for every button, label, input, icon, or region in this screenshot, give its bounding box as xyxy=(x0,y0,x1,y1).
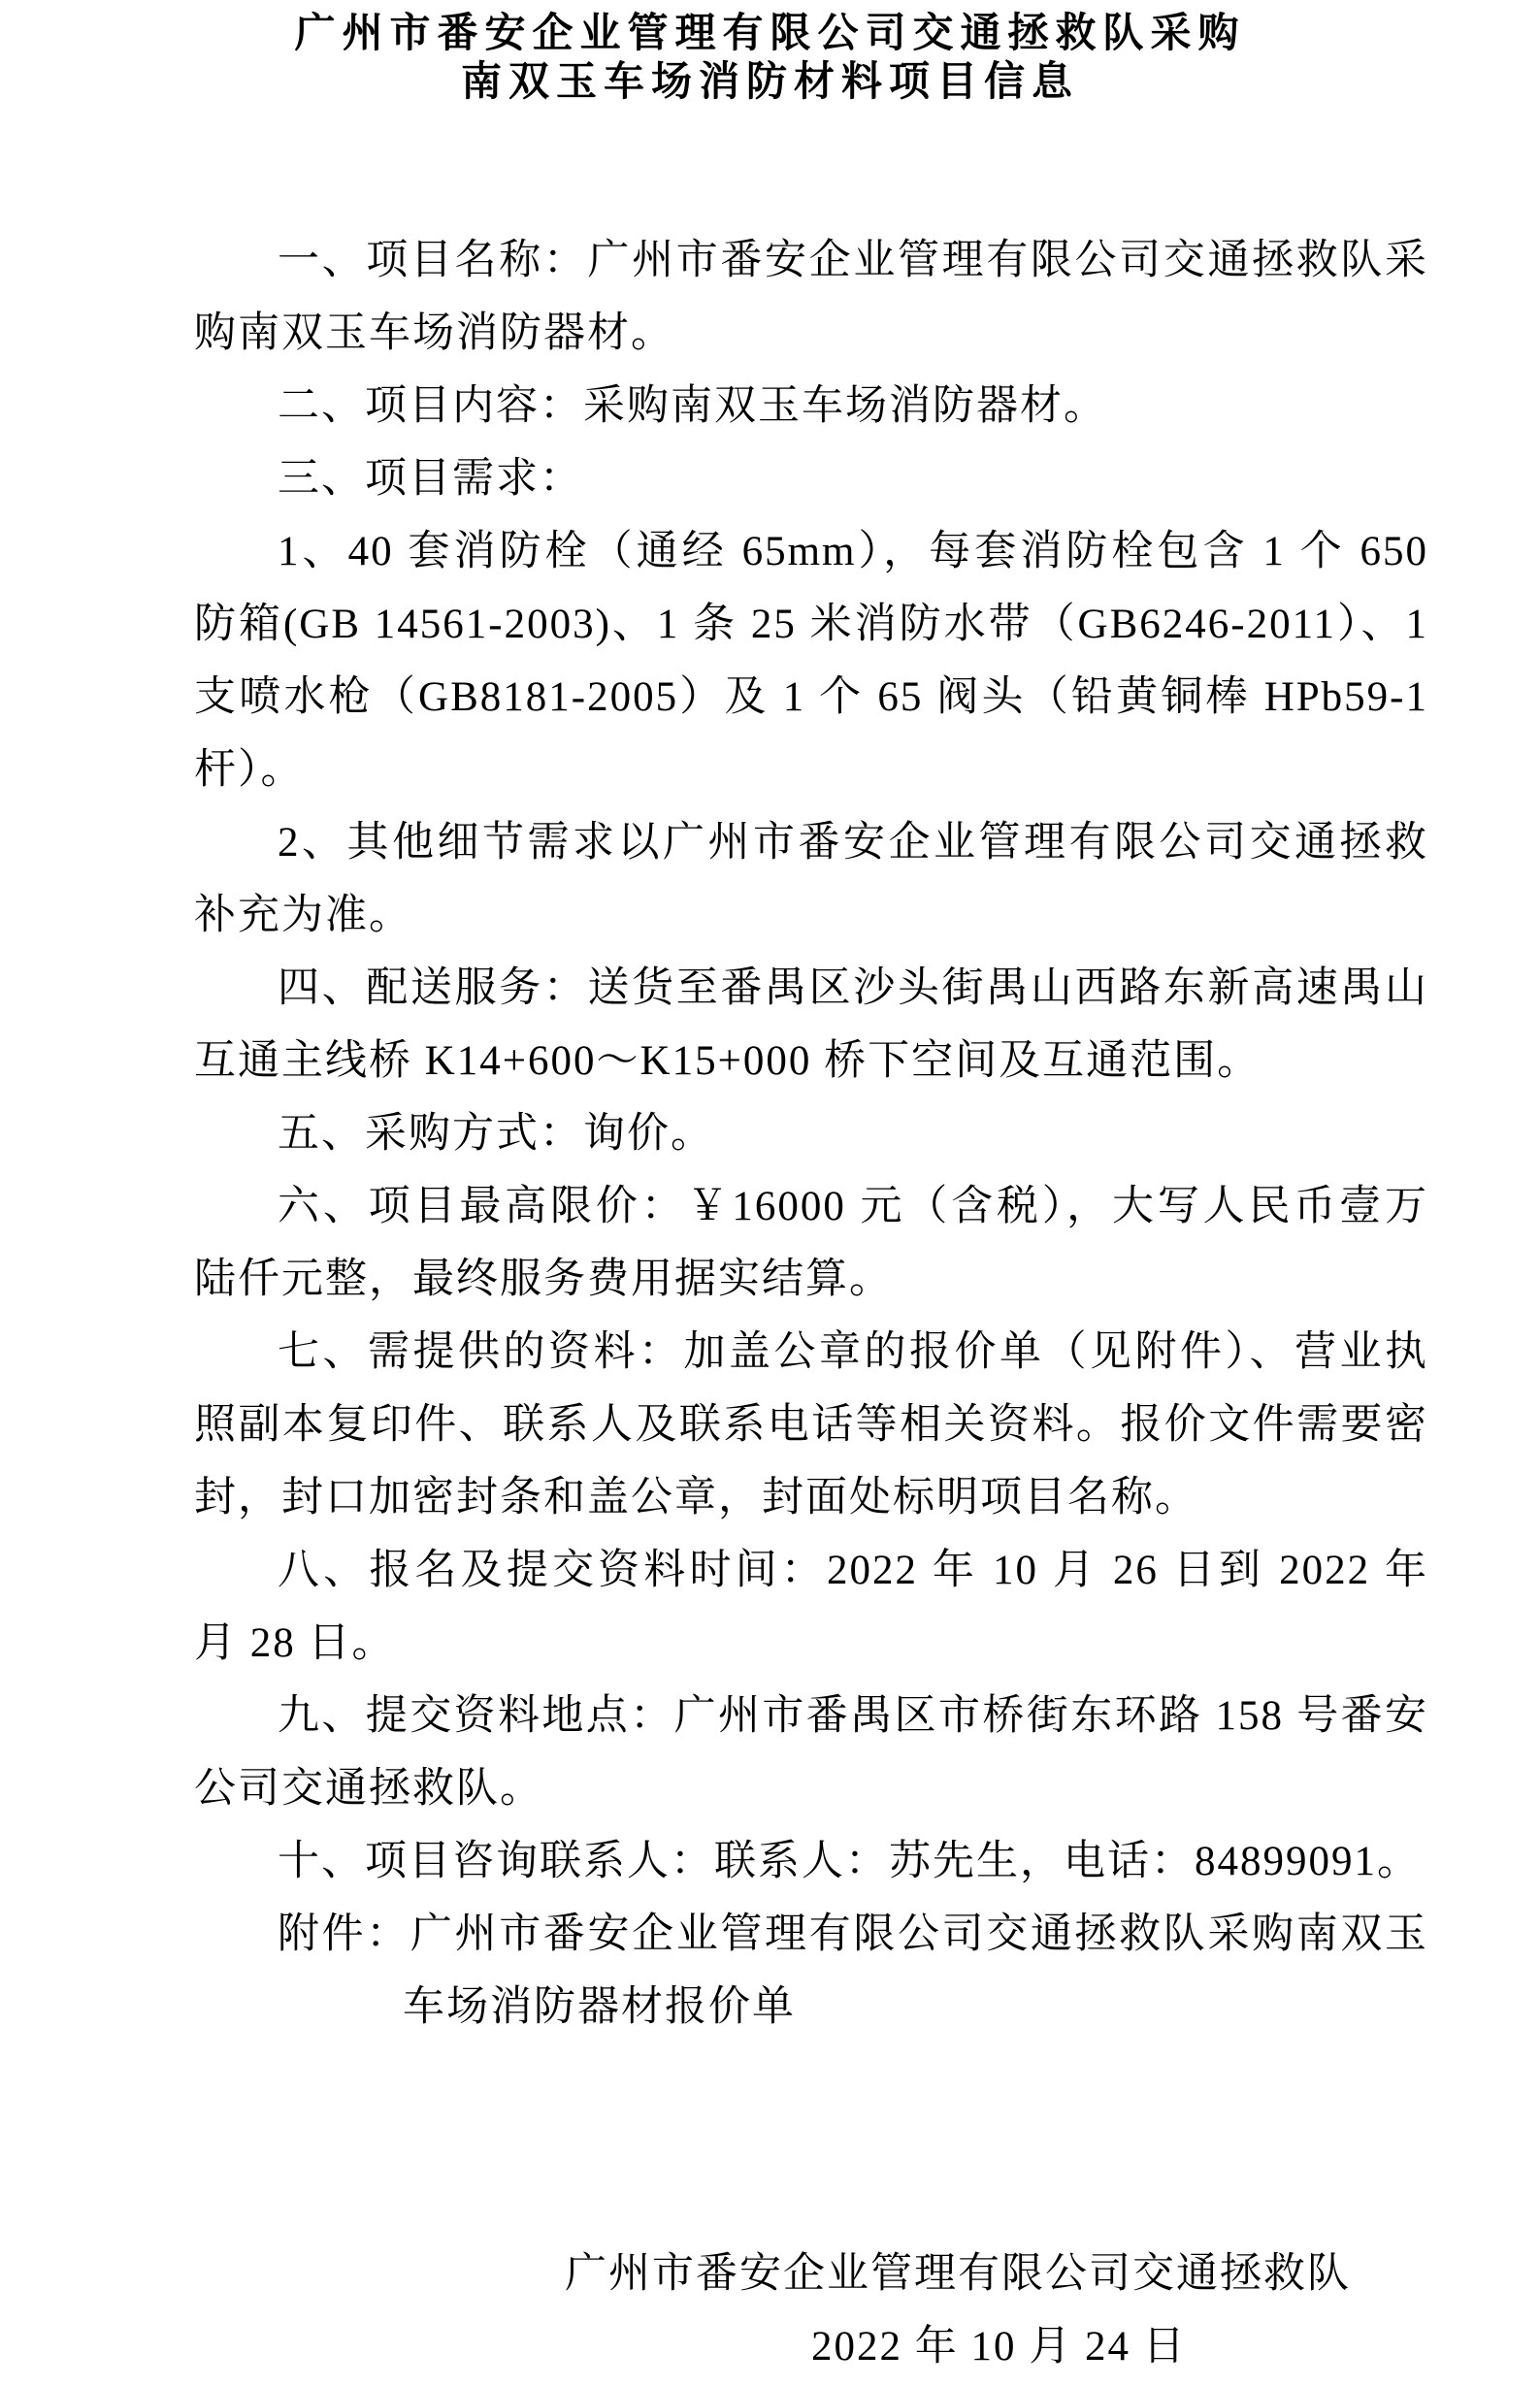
signature-date: 2022 年 10 月 24 日 xyxy=(194,2310,1540,2383)
body-line-5: 1、40 套消防栓（通经 65mm），每套消防栓包含 1 个 650 消 xyxy=(194,515,1428,588)
body-line-6: 防箱(GB 14561-2003)、1 条 25 米消防水带（GB6246-20… xyxy=(194,588,1428,661)
title-line-2: 南双玉车场消防材料项目信息 xyxy=(0,58,1540,107)
body-line-19: 八、报名及提交资料时间：2022 年 10 月 26 日到 2022 年 10 xyxy=(194,1534,1428,1607)
body-line-7: 支喷水枪（GB8181-2005）及 1 个 65 阀头（铅黄铜棒 HPb59-… xyxy=(194,661,1428,734)
body-line-14: 六、项目最高限价：￥16000 元（含税），大写人民币壹万 xyxy=(194,1170,1428,1243)
body-line-10: 补充为准。 xyxy=(194,879,1428,952)
document-page: 广州市番安企业管理有限公司交通拯救队采购 南双玉车场消防材料项目信息 一、项目名… xyxy=(0,0,1540,2386)
title-line-1: 广州市番安企业管理有限公司交通拯救队采购 xyxy=(0,10,1540,58)
body-line-3: 二、项目内容：采购南双玉车场消防器材。 xyxy=(194,370,1428,442)
body-line-13: 五、采购方式：询价。 xyxy=(194,1097,1428,1170)
body-line-12: 互通主线桥 K14+600～K15+000 桥下空间及互通范围。 xyxy=(194,1025,1428,1097)
document-title: 广州市番安企业管理有限公司交通拯救队采购 南双玉车场消防材料项目信息 xyxy=(0,0,1540,107)
body-line-17: 照副本复印件、联系人及联系电话等相关资料。报价文件需要密 xyxy=(194,1389,1428,1461)
body-line-20: 月 28 日。 xyxy=(194,1607,1428,1680)
document-body: 一、项目名称：广州市番安企业管理有限公司交通拯救队采购南双玉车场消防器材。二、项… xyxy=(194,224,1428,2043)
body-line-15: 陆仟元整，最终服务费用据实结算。 xyxy=(194,1243,1428,1316)
signature-block: 广州市番安企业管理有限公司交通拯救队 2022 年 10 月 24 日 xyxy=(194,2238,1540,2383)
body-line-16: 七、需提供的资料：加盖公章的报价单（见附件）、营业执 xyxy=(194,1316,1428,1389)
body-line-24: 附件：广州市番安企业管理有限公司交通拯救队采购南双玉 xyxy=(194,1898,1428,1971)
signature-org: 广州市番安企业管理有限公司交通拯救队 xyxy=(194,2238,1540,2310)
body-line-2: 购南双玉车场消防器材。 xyxy=(194,297,1428,370)
body-line-8: 杆）。 xyxy=(194,734,1428,806)
body-line-9: 2、其他细节需求以广州市番安企业管理有限公司交通拯救队 xyxy=(194,806,1428,879)
body-line-11: 四、配送服务：送货至番禺区沙头街禺山西路东新高速禺山 xyxy=(194,952,1428,1025)
body-line-4: 三、项目需求： xyxy=(194,442,1428,515)
body-line-21: 九、提交资料地点：广州市番禺区市桥街东环路 158 号番安 xyxy=(194,1680,1428,1752)
body-line-23: 十、项目咨询联系人：联系人：苏先生，电话：84899091。 xyxy=(194,1825,1428,1898)
body-line-22: 公司交通拯救队。 xyxy=(194,1752,1428,1825)
body-line-18: 封，封口加密封条和盖公章，封面处标明项目名称。 xyxy=(194,1461,1428,1534)
body-line-25: 车场消防器材报价单 xyxy=(194,1971,1428,2043)
body-line-1: 一、项目名称：广州市番安企业管理有限公司交通拯救队采 xyxy=(194,224,1428,297)
